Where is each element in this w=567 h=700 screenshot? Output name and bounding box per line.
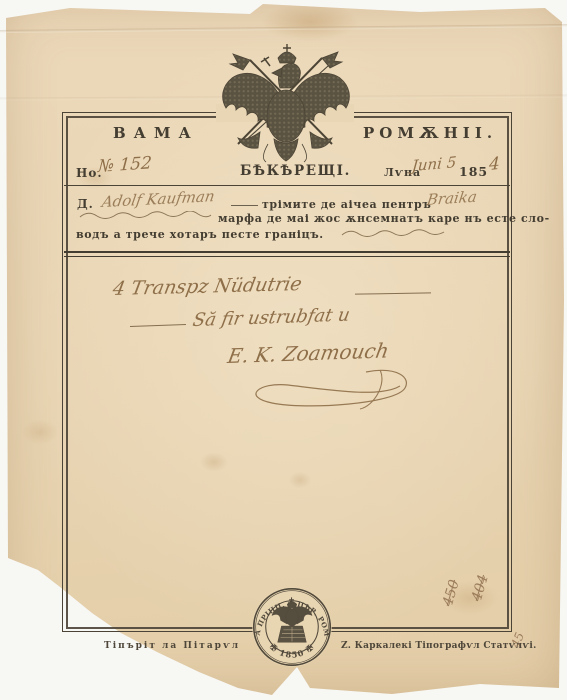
signature-flourish bbox=[248, 368, 413, 412]
printed-line1: трімите де аічеа пентръ bbox=[262, 198, 431, 211]
customs-seal: ВАМА ПРІНЦ. ✠ ЦѢР. РОМѪН. ✠ 1850 ✠ bbox=[249, 584, 335, 670]
year-printed: 185 bbox=[459, 164, 488, 179]
printed-line3: водъ а трече хотаръ песте граніцъ. bbox=[76, 228, 324, 241]
number-value-handwritten: № 152 bbox=[97, 153, 152, 177]
double-horizontal-rule bbox=[64, 251, 510, 257]
destination-handwritten: Braika bbox=[426, 187, 478, 209]
customs-title-right: РОМѪНІІ. bbox=[363, 124, 497, 142]
handwritten-squiggle bbox=[340, 229, 458, 239]
printed-line2: марфа де маі жос ѫнсемнатъ каре нъ есте … bbox=[218, 212, 550, 225]
customs-title-left: ВАМА bbox=[113, 124, 199, 142]
printed-dash bbox=[231, 205, 258, 206]
scanned-document: ВАМА РОМѪНІІ. Но. № 152 БѢКѢРЕЩІ. Лѵна J… bbox=[0, 0, 567, 700]
addressee-label: Д. bbox=[77, 197, 94, 211]
horizontal-rule bbox=[64, 185, 510, 186]
year-digit-handwritten: 4 bbox=[489, 154, 500, 175]
handwritten-squiggle bbox=[78, 211, 213, 221]
imprint-left: Тіпъріт ла Пітарѵл bbox=[104, 641, 240, 651]
city-name: БѢКѢРЕЩІ. bbox=[240, 163, 351, 179]
eagle-emblem bbox=[210, 44, 360, 169]
imprint-right: Z. Каркалекі Тіпографѵл Статѵлѵі. bbox=[341, 641, 537, 651]
